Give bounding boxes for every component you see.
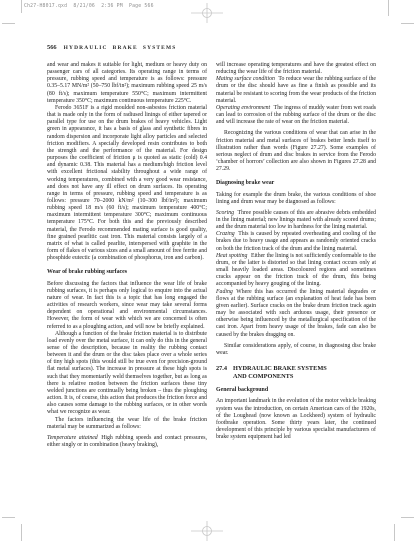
term-label: Operating environment xyxy=(216,105,270,111)
term-label: Scoring xyxy=(216,210,234,216)
paragraph: The factors influencing the wear life of… xyxy=(47,417,207,431)
paragraph: will increase operating temperatures and… xyxy=(216,62,376,76)
term-label: Fading xyxy=(216,289,233,295)
paragraph: Recognizing the various conditions of we… xyxy=(216,130,376,173)
paragraph: Although a function of the brake frictio… xyxy=(47,331,207,417)
term-paragraph: CrazingThis is caused by repeated overhe… xyxy=(216,231,376,252)
term-paragraph: FadingWhere this has occurred the lining… xyxy=(216,289,376,339)
crop-mark xyxy=(21,0,22,13)
paragraph: and wear and makes it suitable for light… xyxy=(47,62,207,105)
page-content: 566HYDRAULIC BRAKE SYSTEMS and wear and … xyxy=(47,36,376,449)
paragraph: An important landmark in the evolution o… xyxy=(216,398,376,441)
section-heading: 27.4HYDRAULIC BRAKE SYSTEMS AND COMPONEN… xyxy=(216,365,376,380)
term-label: Temperature attained xyxy=(47,435,98,441)
term-paragraph: Operating environmentThe ingress of mudd… xyxy=(216,105,376,126)
crop-mark xyxy=(2,23,15,24)
term-label: Crazing xyxy=(216,231,235,237)
paragraph: Before discussing the factors that influ… xyxy=(47,281,207,331)
term-label: Heat spotting xyxy=(216,253,247,259)
paragraph: Similar considerations apply, of course,… xyxy=(216,343,376,357)
term-paragraph: Temperature attainedHigh rubbing speeds … xyxy=(47,435,207,449)
column-heading: Wear of brake rubbing surfaces xyxy=(47,269,207,276)
term-paragraph: ScoringThree possible causes of this are… xyxy=(216,210,376,231)
crop-mark xyxy=(21,524,22,541)
two-column-text: and wear and makes it suitable for light… xyxy=(47,62,376,449)
paragraph: Ferodo 3651F is a rigid moulded non-asbe… xyxy=(47,105,207,262)
page-header: 566HYDRAULIC BRAKE SYSTEMS xyxy=(47,36,376,54)
term-paragraph: Mating surface conditionTo reduce wear t… xyxy=(216,76,376,105)
paragraph: Taking for example the drum brake, the v… xyxy=(216,192,376,206)
crop-mark xyxy=(388,0,389,16)
crop-mark xyxy=(401,23,414,24)
text-column-left: and wear and makes it suitable for light… xyxy=(47,62,207,449)
registration-mark-icon xyxy=(189,520,225,541)
crop-mark xyxy=(401,517,414,518)
page-number: 566 xyxy=(47,44,57,51)
term-paragraph: Heat spottingEither the lining is not su… xyxy=(216,253,376,289)
running-title: HYDRAULIC BRAKE SYSTEMS xyxy=(64,45,177,51)
column-heading: Diagnosing brake wear xyxy=(216,180,376,187)
section-number: 27.4 xyxy=(216,365,233,373)
crop-mark xyxy=(394,524,395,541)
term-label: Mating surface condition xyxy=(216,76,275,82)
text-column-right: will increase operating temperatures and… xyxy=(216,62,376,449)
print-slug: Ch27-H8017.qxd 8/21/06 2:36 PM Page 566 xyxy=(24,4,154,9)
column-heading: General background xyxy=(216,387,376,394)
crop-mark xyxy=(2,517,15,518)
registration-mark-icon xyxy=(189,2,225,24)
